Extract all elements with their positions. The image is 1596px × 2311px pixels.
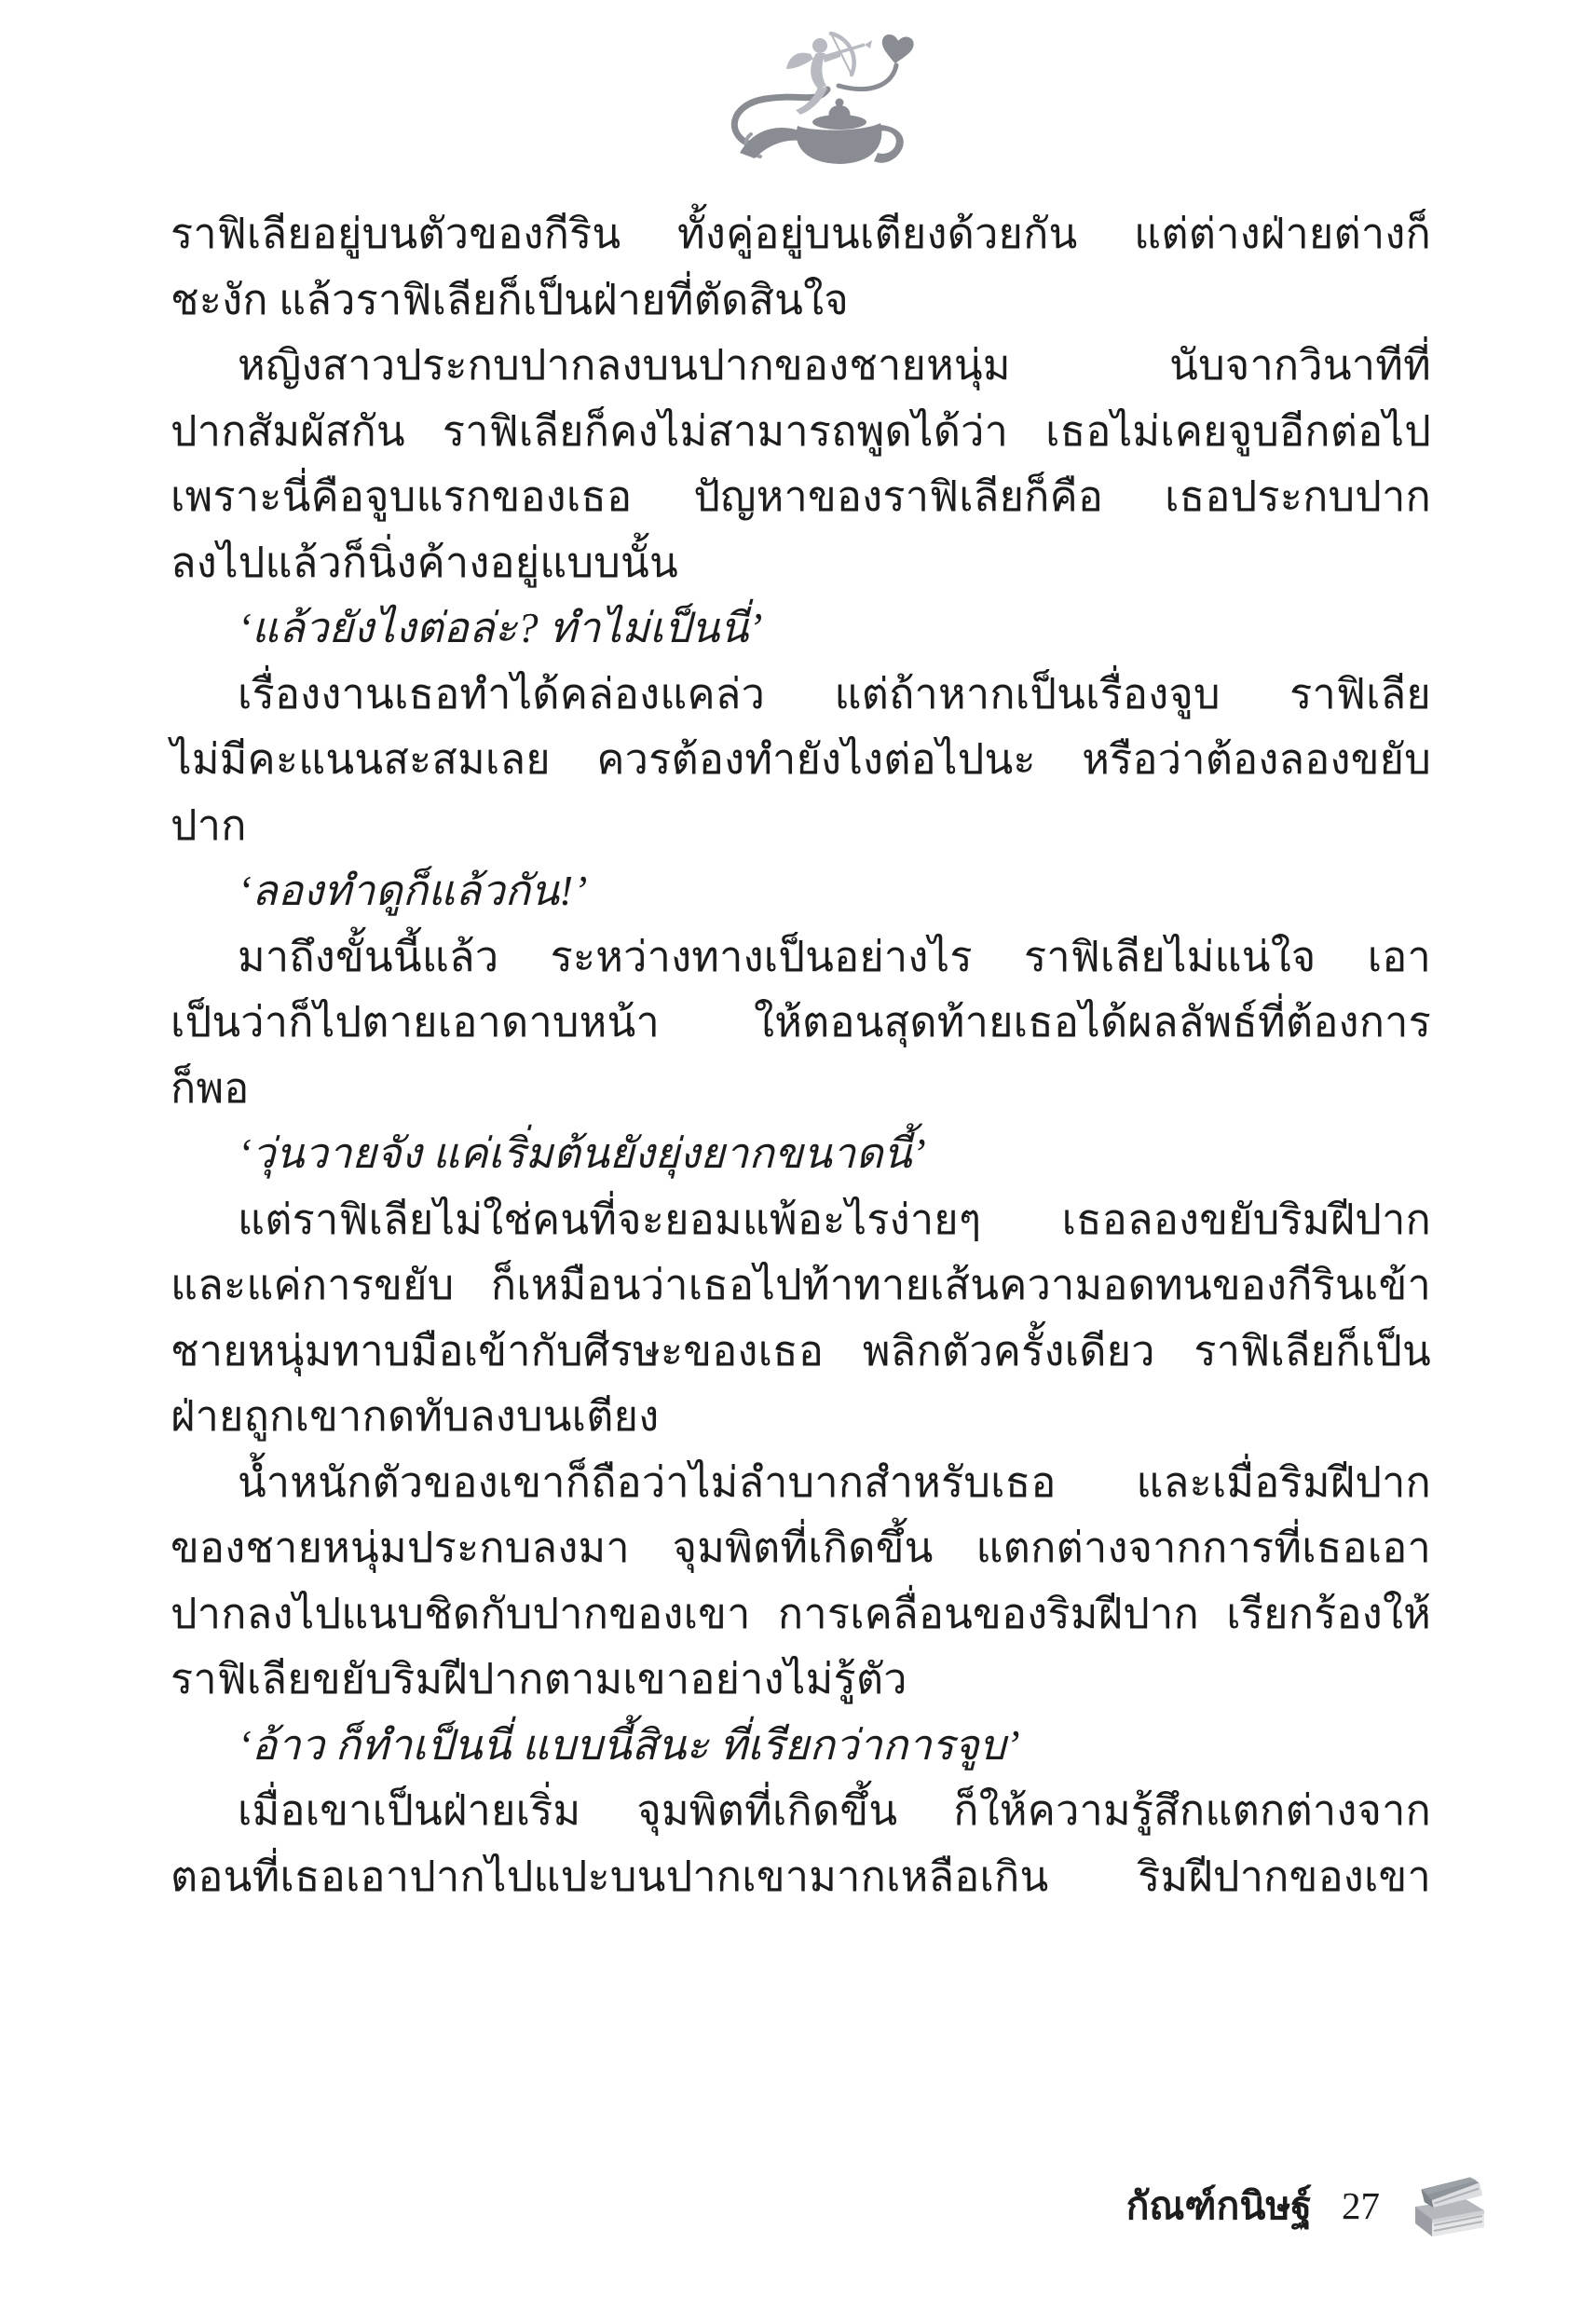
text-line: เรื่องงานเธอทำได้คล่องแคล่ว แต่ถ้าหากเป็… (171, 662, 1431, 728)
text-line: แต่ราฟิเลียไม่ใช่คนที่จะยอมแพ้อะไรง่ายๆ … (171, 1187, 1431, 1253)
text-line: ไม่มีคะแนนสะสมเลย ควรต้องทำยังไงต่อไปนะ … (171, 727, 1431, 793)
text-line: ‘ลองทำดูก็แล้วกัน!’ (171, 858, 1431, 924)
page-footer: กัณฑ์กนิษฐ์ 27 (1126, 2158, 1499, 2253)
book-page: ราฟิเลียอยู่บนตัวของกีริน ทั้งคู่อยู่บนเ… (0, 0, 1596, 2311)
text-line: ‘วุ่นวายจัง แค่เริ่มต้นยังยุ่งยากขนาดนี้… (171, 1121, 1431, 1187)
text-line: ของชายหนุ่มประกบลงมา จุมพิตที่เกิดขึ้น แ… (171, 1515, 1431, 1581)
text-line: เพราะนี่คือจูบแรกของเธอ ปัญหาของราฟิเลีย… (171, 464, 1431, 530)
text-line: เมื่อเขาเป็นฝ่ายเริ่ม จุมพิตที่เกิดขึ้น … (171, 1778, 1431, 1844)
text-line: ราฟิเลียขยับริมฝีปากตามเขาอย่างไม่รู้ตัว (171, 1647, 1431, 1713)
cupid-genie-lamp-icon (701, 26, 941, 173)
text-line: ลงไปแล้วก็นิ่งค้างอยู่แบบนั้น (171, 530, 1431, 596)
body-text: ราฟิเลียอยู่บนตัวของกีริน ทั้งคู่อยู่บนเ… (171, 201, 1431, 1909)
text-line: ปากลงไปแนบชิดกับปากของเขา การเคลื่อนของร… (171, 1581, 1431, 1648)
text-line: ราฟิเลียอยู่บนตัวของกีริน ทั้งคู่อยู่บนเ… (171, 201, 1431, 267)
footer-book-title: กัณฑ์กนิษฐ์ (1126, 2176, 1312, 2236)
text-line: ก็พอ (171, 1056, 1431, 1122)
text-line: ตอนที่เธอเอาปากไปแปะบนปากเขามากเหลือเกิน… (171, 1844, 1431, 1910)
text-line: ‘แล้วยังไงต่อล่ะ? ทำไม่เป็นนี่’ (171, 595, 1431, 662)
footer-page-number: 27 (1342, 2183, 1380, 2228)
text-line: หญิงสาวประกบปากลงบนปากของชายหนุ่ม นับจาก… (171, 333, 1431, 399)
text-line: น้ำหนักตัวของเขาก็ถือว่าไม่ลำบากสำหรับเธ… (171, 1450, 1431, 1516)
text-line: ชายหนุ่มทาบมือเข้ากับศีรษะของเธอ พลิกตัว… (171, 1319, 1431, 1385)
stacked-books-icon (1404, 2158, 1499, 2253)
text-line: ฝ่ายถูกเขากดทับลงบนเตียง (171, 1384, 1431, 1450)
text-line: และแค่การขยับ ก็เหมือนว่าเธอไปท้าทายเส้น… (171, 1252, 1431, 1319)
text-line: ชะงัก แล้วราฟิเลียก็เป็นฝ่ายที่ตัดสินใจ (171, 267, 1431, 334)
text-line: มาถึงขั้นนี้แล้ว ระหว่างทางเป็นอย่างไร ร… (171, 924, 1431, 991)
text-line: ปากสัมผัสกัน ราฟิเลียก็คงไม่สามารถพูดได้… (171, 399, 1431, 465)
text-line: เป็นว่าก็ไปตายเอาดาบหน้า ให้ตอนสุดท้ายเธ… (171, 990, 1431, 1056)
text-line: ‘อ้าว ก็ทำเป็นนี่ แบบนี้สินะ ที่เรียกว่า… (171, 1713, 1431, 1779)
text-line: ปาก (171, 793, 1431, 859)
